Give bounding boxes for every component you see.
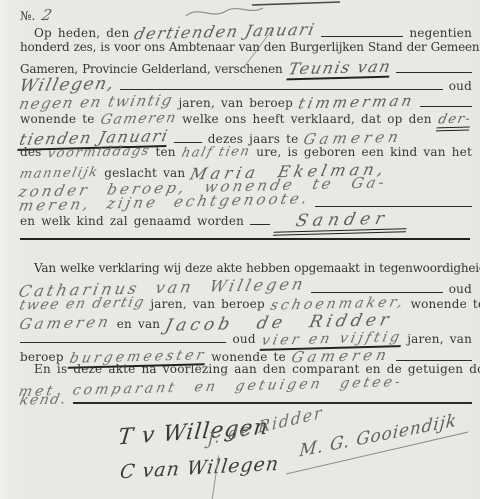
p2-l4-print: en van [117, 317, 161, 331]
p1-l3-print: Gameren, Provincie Gelderland, verschene… [20, 62, 283, 76]
signature-getuige-c-van-willegen: C van Willegen [119, 453, 281, 484]
p1-l6-print-a: wonende te [20, 112, 95, 126]
signature-block: T v Willegen C van Willegen J. de Ridder… [0, 410, 480, 499]
p1-l8-print-b: ten [155, 145, 175, 159]
p2-l5-print-oud: oud [232, 332, 255, 346]
blank-line [250, 224, 270, 225]
blank-line [73, 402, 472, 404]
p1-l5-hand-age: negen en twintig [18, 91, 175, 113]
p2-l3-print-b: wonende te [411, 297, 480, 311]
p1-l5-print: jaren, van beroep [179, 96, 293, 110]
p2-l9-hand-kend: kend. [18, 391, 69, 408]
p1-l2-print: honderd zes, is voor ons Ambtenaar van d… [20, 40, 480, 54]
p2-l1-print: Van welke verklaring wij deze akte hebbe… [34, 261, 480, 275]
p1-l6-print-b: welke ons heeft verklaard, dat op den [182, 112, 432, 126]
p2-l7-print: En is deze akte na voorlezing aan den co… [34, 362, 480, 376]
p2-l3-print-a: jaren, van beroep [150, 297, 264, 311]
p2-l3-hand-age: twee en dertig [18, 294, 147, 313]
section-divider-rule [20, 238, 470, 240]
p1-l1-print-a: Op heden, den [34, 26, 129, 40]
p2-line3: twee en dertig jaren, van beroep schoenm… [20, 296, 472, 312]
p1-l4-print-oud: oud [449, 79, 472, 93]
p2-line4: Gameren en van Jacob de Ridder [20, 313, 472, 333]
blank-line [396, 72, 472, 73]
p2-l2-print-oud: oud [449, 282, 472, 296]
p1-l8-hand-dagdeel: voormiddags [46, 144, 152, 162]
blank-line [20, 342, 226, 343]
blank-line [321, 36, 403, 37]
p2-l5-print-b: jaren, van [407, 332, 472, 346]
blank-line [120, 89, 442, 90]
p1-l5-hand-beroep: timmerman [297, 91, 417, 112]
p1-line1: Op heden, den dertienden Januari negenti… [20, 22, 472, 41]
blank-line [311, 292, 443, 293]
p1-l8-print-a: des [20, 145, 42, 159]
p1-line8: des voormiddags ten half tien ure, is ge… [20, 145, 472, 160]
p1-line5: negen en twintig jaren, van beroep timme… [20, 93, 472, 111]
p2-line9: kend. [20, 392, 472, 408]
p1-line2: honderd zes, is voor ons Ambtenaar van d… [20, 40, 472, 54]
blank-line [396, 360, 472, 361]
blank-line [174, 142, 202, 143]
blank-line [315, 206, 472, 207]
p1-l8-print-c: ure, is geboren een kind van het [256, 145, 472, 159]
act-number-label: №. [20, 9, 36, 23]
blank-line [420, 106, 472, 107]
p1-l12-print: en welk kind zal genaamd worden [20, 214, 244, 228]
p2-line1: Van welke verklaring wij deze akte hebbe… [20, 261, 472, 275]
birth-certificate-page: №. 2 Op heden, den dertienden Januari ne… [0, 0, 480, 499]
p1-line12: en welk kind zal genaamd worden Sander [20, 210, 472, 234]
p1-l12-hand-kindnaam: Sander [273, 208, 411, 235]
p1-l8-hand-uur: half tien [180, 144, 252, 161]
p1-l1-print-b: negentien [409, 26, 472, 40]
